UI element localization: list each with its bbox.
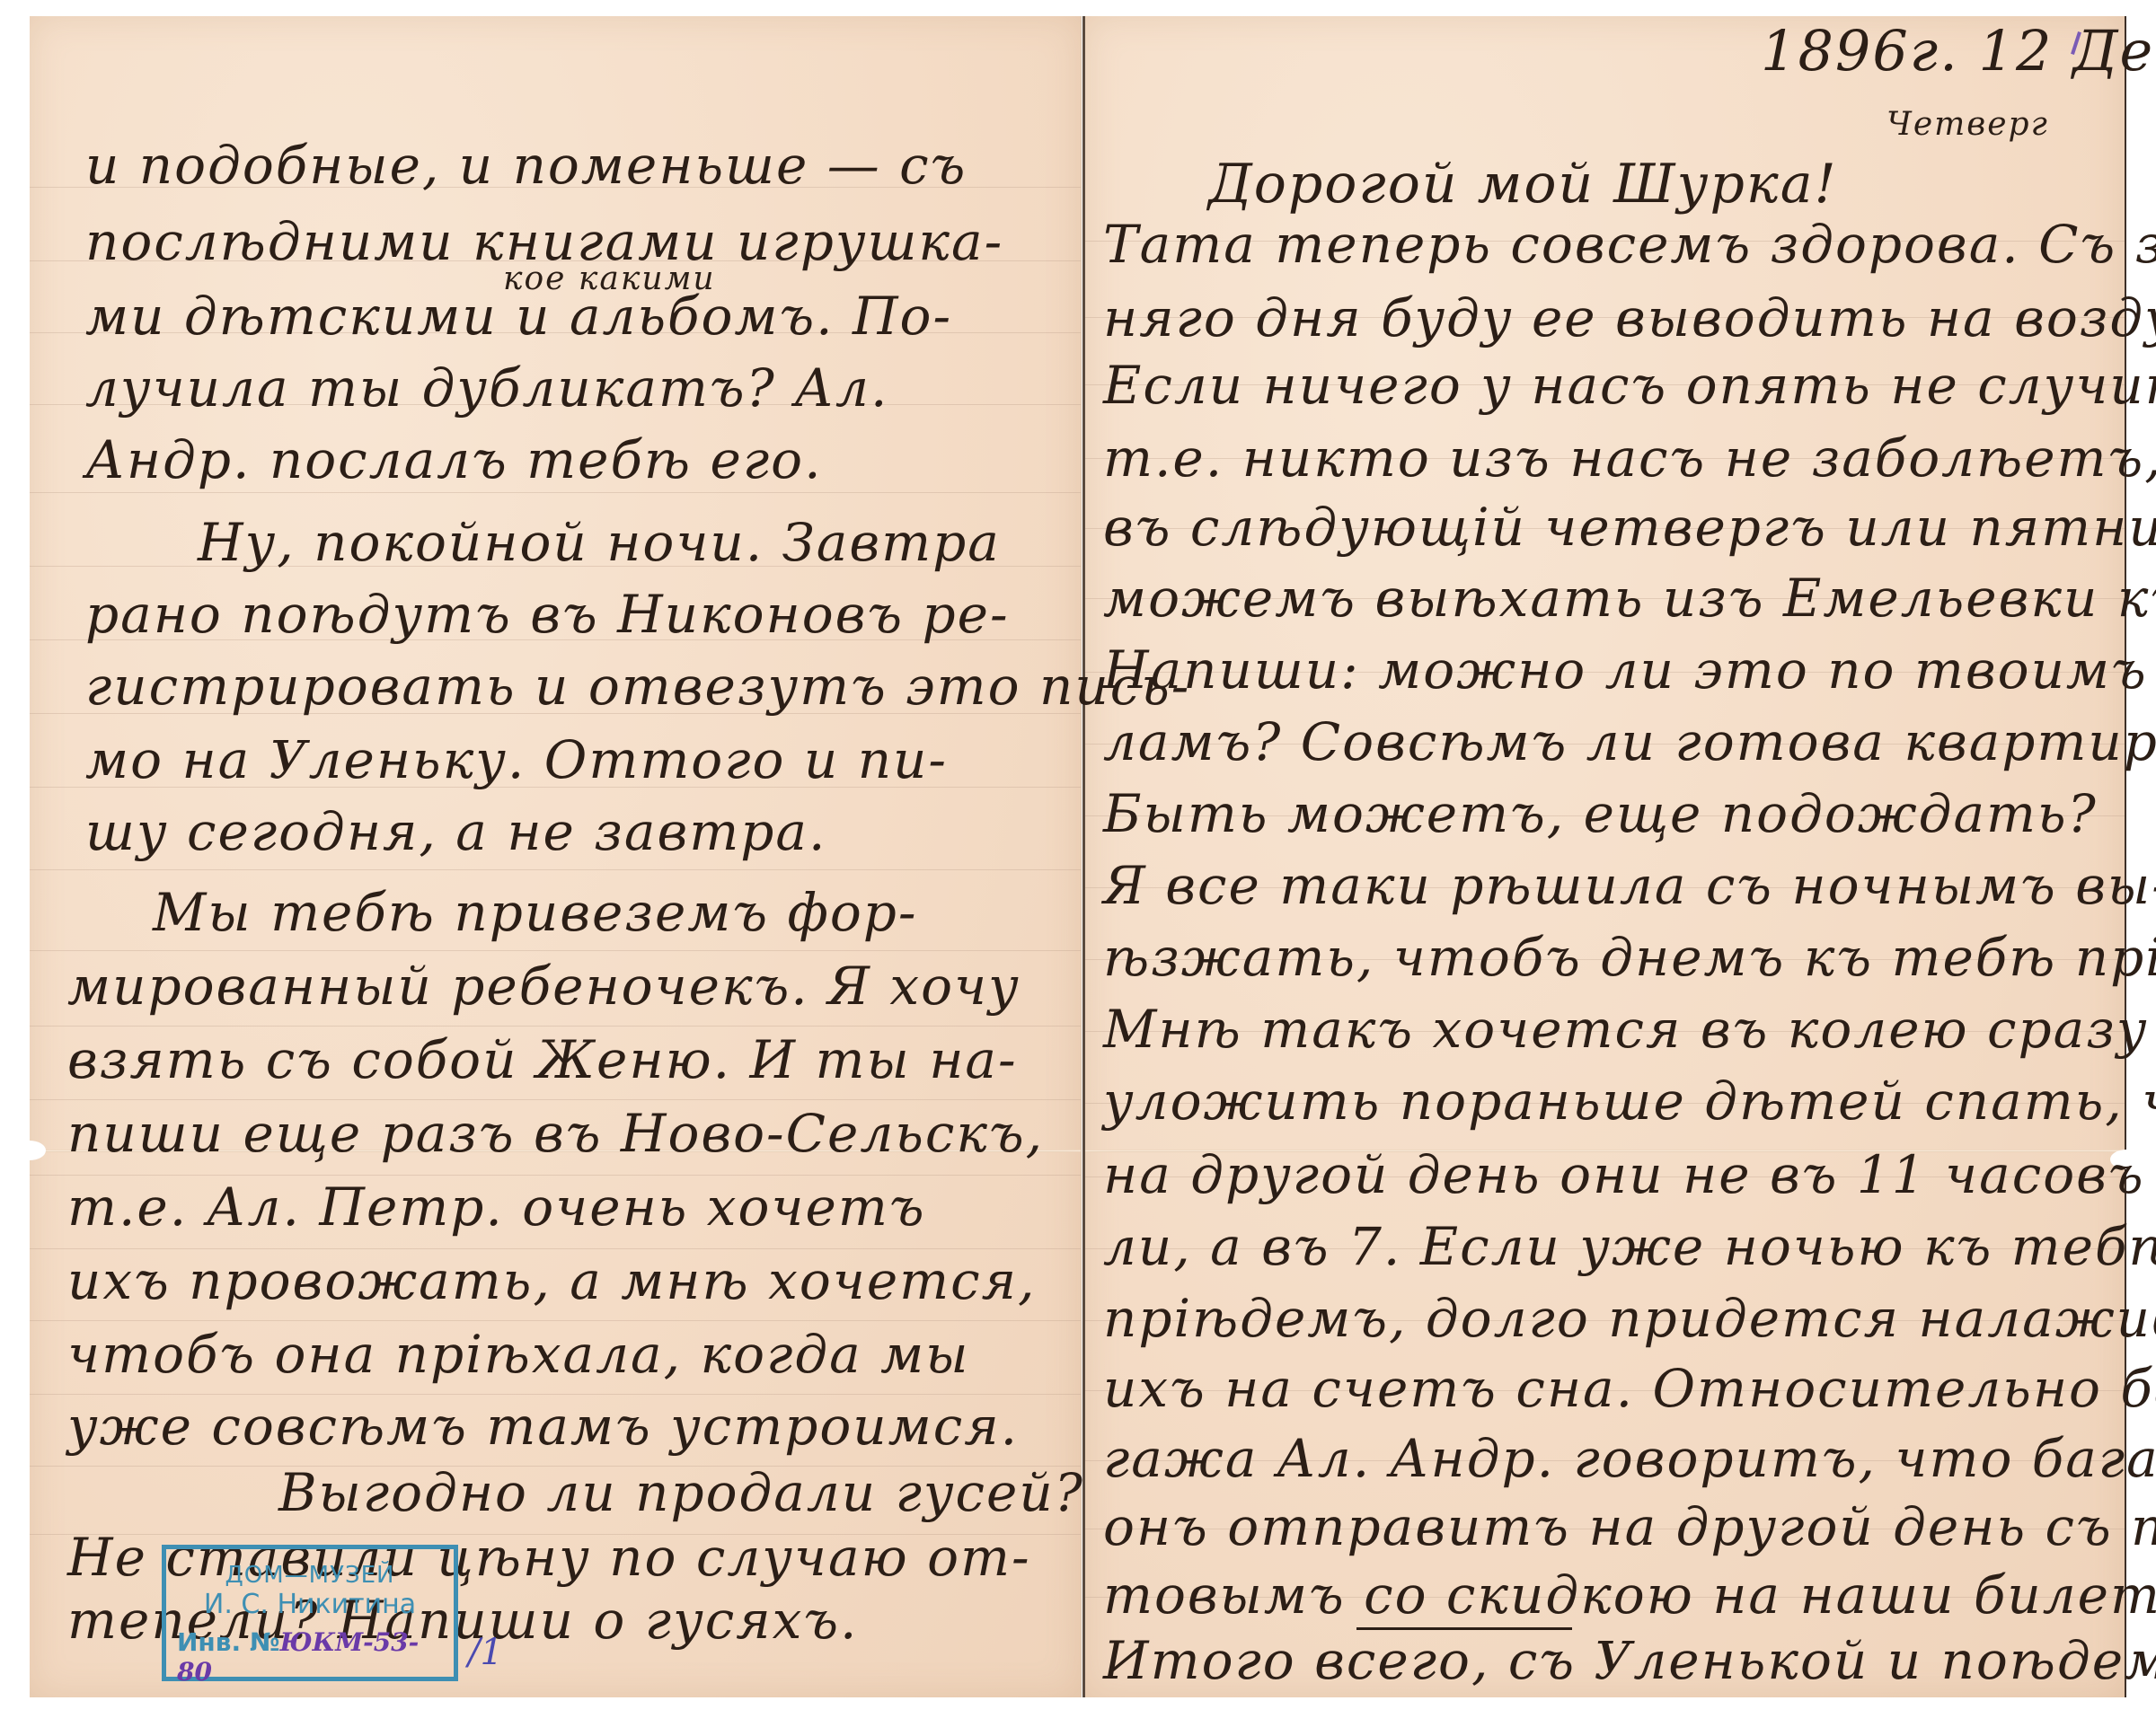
right-line-10: Я все таки рѣшила съ ночнымъ вы- (1103, 855, 2156, 916)
left-line-19: Выгодно ли продали гусей? (278, 1462, 1084, 1523)
left-line-15: т.е. Ал. Петр. очень хочетъ (67, 1176, 926, 1238)
right-line-1: Тата теперь совсемъ здорова. Съ завтраш- (1103, 214, 2156, 275)
right-line-17: ихъ на счетъ сна. Относительно ба- (1103, 1358, 2156, 1419)
left-line-18: уже совсѣмъ тамъ устроимся. (67, 1396, 1019, 1457)
letter-date: 1896г. 12 Дек. (1761, 18, 2156, 84)
left-line-6: Ну, покойной ночи. Завтра (198, 512, 1001, 573)
ruled-line (30, 492, 1081, 493)
left-line-8: гистрировать и отвезутъ это пись- (85, 656, 1190, 717)
left-line-16: ихъ провожать, а мнѣ хочется, (67, 1250, 1036, 1311)
stamp-inventory-label: Инв. № (177, 1627, 280, 1657)
right-line-18: гажа Ал. Андр. говоритъ, что багажъ (1103, 1428, 2156, 1489)
letter-weekday: Четверг (1886, 106, 2049, 143)
stamp-inventory: Инв. №ЮКМ-53-80 (166, 1627, 454, 1687)
left-line-7: рано поѣдутъ въ Никоновъ ре- (85, 584, 1010, 645)
ruled-line (30, 1320, 1081, 1321)
right-line-2: няго дня буду ее выводить на воздухъ. (1103, 287, 2156, 348)
left-line-1: и подобные, и поменьше — съ (85, 135, 967, 196)
right-line-7: Напиши: можно ли это по твоимъ дѣ- (1103, 639, 2156, 701)
ruled-line (30, 1026, 1081, 1027)
right-line-11: ѣзжать, чтобъ днемъ къ тебѣ пріѣхать. (1103, 927, 2156, 988)
right-line-5: въ слѣдующій четвергъ или пятницу мы (1103, 497, 2156, 558)
right-line-19: онъ отправитъ на другой день съ поч- (1103, 1496, 2156, 1557)
ruled-line (30, 1099, 1081, 1100)
right-line-20: товымъ со скидкою на наши билеты (1103, 1564, 2156, 1626)
letter-greeting: Дорогой мой Шурка! (1208, 153, 1838, 216)
ruled-line (30, 1175, 1081, 1176)
left-line-5: Андр. послалъ тебѣ его. (85, 429, 823, 490)
museum-stamp: ДОМ—МУЗЕЙ И. С. Никитина Инв. №ЮКМ-53-80… (162, 1545, 458, 1681)
ruled-line (30, 1394, 1081, 1395)
left-line-10: шу сегодня, а не завтра. (85, 801, 826, 862)
left-line-13: взять съ собой Женю. И ты на- (67, 1029, 1018, 1090)
left-line-17: чтобъ она пріѣхала, когда мы (67, 1324, 969, 1385)
ruled-line (30, 950, 1081, 951)
right-line-9: Быть можетъ, еще подождать? (1103, 783, 2098, 844)
right-line-15: ли, а въ 7. Если уже ночью къ тебѣ (1103, 1216, 2156, 1277)
right-line-3: Если ничего у насъ опять не случится, (1103, 355, 2156, 416)
right-line-8: ламъ? Совсѣмъ ли готова квартира? (1103, 711, 2156, 772)
right-line-6: можемъ выѣхать изъ Емельевки къ тебѣ. (1103, 568, 2156, 629)
ruled-line (30, 869, 1081, 870)
left-line-14: пиши еще разъ въ Ново-Сельскъ, (67, 1103, 1044, 1164)
left-line-2: послѣдними книгами игрушка- (85, 211, 1003, 272)
left-line-12: мированный ребеночекъ. Я хочу (67, 956, 1021, 1017)
ruled-line (30, 1248, 1081, 1249)
torn-notch (13, 1141, 46, 1160)
right-line-13: уложить пораньше дѣтей спать, чтобъ (1103, 1071, 2156, 1132)
sheet-number: /1 (468, 1632, 503, 1673)
left-line-9: мо на Уленьку. Оттого и пи- (85, 729, 948, 790)
left-line-11: Мы тебѣ привеземъ фор- (153, 882, 918, 943)
stamp-museum-name: И. С. Никитина (166, 1589, 454, 1620)
right-line-12: Мнѣ такъ хочется въ колею сразу войти, (1103, 999, 2156, 1060)
right-line-16: пріѣдемъ, долго придется налаживать (1103, 1288, 2156, 1349)
right-line-14: на другой день они не въ 11 часовъ вста- (1103, 1144, 2156, 1205)
left-line-3: ми дѣтскими и альбомъ. По- (85, 286, 952, 347)
right-line-4: т.е. никто изъ насъ не заболѣетъ, то (1103, 427, 2156, 489)
stamp-museum-label: ДОМ—МУЗЕЙ (166, 1562, 454, 1589)
left-line-4: лучила ты дубликатъ? Ал. (85, 357, 888, 419)
right-line-21: Итого всего, съ Уленькой и поѣдемъ мы. (1103, 1630, 2156, 1691)
